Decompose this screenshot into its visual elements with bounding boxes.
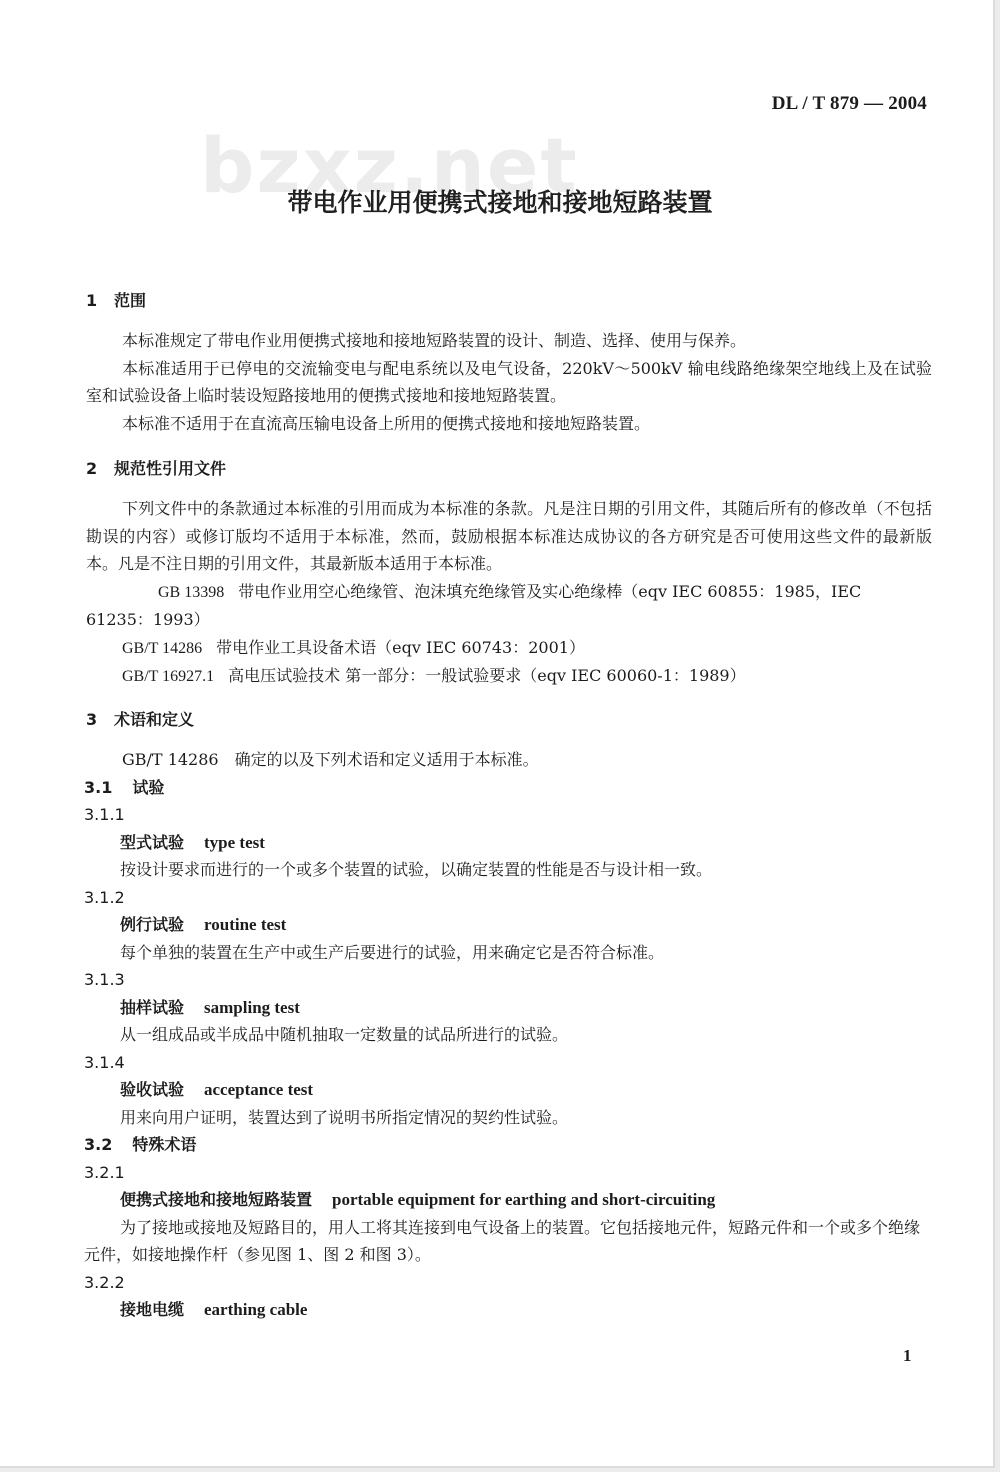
section-title: 术语和定义 [114,710,194,729]
section-number: 2 [86,455,114,483]
document-title: 带电作业用便携式接地和接地短路装置 [0,183,1000,219]
section-2: 2规范性引用文件 [86,455,932,483]
term-en: acceptance test [204,1080,313,1099]
section-title: 范围 [114,291,146,310]
subsection-number: 3.1 [84,778,112,797]
term-zh: 接地电缆 [120,1300,184,1319]
term-en: type test [204,833,265,852]
term: 例行试验routine test [84,911,930,939]
term-en: earthing cable [204,1300,307,1319]
reference-title: 高电压试验技术 第一部分：一般试验要求（eqv IEC 60060-1：1989… [228,666,745,685]
term-en: routine test [204,915,286,934]
section-1: 1范围 [86,287,932,315]
term-zh: 验收试验 [120,1080,184,1099]
term: 抽样试验sampling test [84,994,930,1022]
term-definition: 每个单独的装置在生产中或生产后要进行的试验，用来确定它是否符合标准。 [84,939,930,967]
term: 验收试验acceptance test [84,1076,930,1104]
reference-item: GB/T 16927.1高电压试验技术 第一部分：一般试验要求（eqv IEC … [86,662,932,691]
term-definition: 按设计要求而进行的一个或多个装置的试验，以确定装置的性能是否与设计相一致。 [84,856,930,884]
term-zh: 抽样试验 [120,998,184,1017]
section-number: 3 [86,706,114,734]
section-1-body: 本标准规定了带电作业用便携式接地和接地短路装置的设计、制造、选择、使用与保养。 … [86,327,932,437]
term-zh: 例行试验 [120,915,184,934]
term-number: 3.2.2 [84,1269,930,1297]
term-zh: 便携式接地和接地短路装置 [120,1190,312,1209]
term-number: 3.1.1 [84,801,930,829]
subsection-title: 特殊术语 [132,1135,196,1154]
term-number: 3.1.4 [84,1049,930,1077]
paragraph: 本标准规定了带电作业用便携式接地和接地短路装置的设计、制造、选择、使用与保养。 [86,327,932,355]
term-number: 3.2.1 [84,1159,930,1187]
subsection-number: 3.2 [84,1135,112,1154]
term-number: 3.1.2 [84,884,930,912]
term-definition: 用来向用户证明，装置达到了说明书所指定情况的契约性试验。 [84,1104,930,1132]
section-3: 3术语和定义 [86,706,932,734]
term: 接地电缆earthing cable [84,1296,930,1324]
term: 型式试验type test [84,829,930,857]
subsection-title: 试验 [132,778,164,797]
paragraph: 下列文件中的条款通过本标准的引用而成为本标准的条款。凡是注日期的引用文件，其随后… [86,495,932,578]
section-heading: 1范围 [86,287,932,315]
reference-item: GB 13398带电作业用空心绝缘管、泡沫填充绝缘管及实心绝缘棒（eqv IEC… [86,578,932,634]
term-definition: 为了接地或接地及短路目的，用人工将其连接到电气设备上的装置。它包括接地元件，短路… [84,1214,930,1269]
document-page: DL / T 879 — 2004 bzxz.net 带电作业用便携式接地和接地… [0,0,995,1468]
reference-title: 带电作业工具设备术语（eqv IEC 60743：2001） [216,638,585,657]
term: 便携式接地和接地短路装置portable equipment for earth… [84,1186,930,1214]
section-heading: 3术语和定义 [86,706,932,734]
reference-code: GB/T 14286 [122,635,202,663]
subsection-heading: 3.2特殊术语 [84,1131,930,1159]
subsection-heading: 3.1试验 [84,774,930,802]
term-number: 3.1.3 [84,966,930,994]
section-3-body: GB/T 14286 确定的以及下列术语和定义适用于本标准。 3.1试验 3.1… [84,746,930,1324]
term-en: portable equipment for earthing and shor… [332,1190,715,1209]
term-zh: 型式试验 [120,833,184,852]
section-number: 1 [86,287,114,315]
section-title: 规范性引用文件 [114,459,226,478]
paragraph: GB/T 14286 确定的以及下列术语和定义适用于本标准。 [84,746,930,774]
paragraph: 本标准不适用于在直流高压输电设备上所用的便携式接地和接地短路装置。 [86,410,932,438]
reference-code: GB/T 16927.1 [122,663,214,691]
term-en: sampling test [204,998,300,1017]
section-2-body: 下列文件中的条款通过本标准的引用而成为本标准的条款。凡是注日期的引用文件，其随后… [86,495,932,691]
section-heading: 2规范性引用文件 [86,455,932,483]
reference-code: GB 13398 [122,579,224,607]
term-definition: 从一组成品或半成品中随机抽取一定数量的试品所进行的试验。 [84,1021,930,1049]
standard-code: DL / T 879 — 2004 [772,93,927,115]
paragraph: 本标准适用于已停电的交流输变电与配电系统以及电气设备，220kV～500kV 输… [86,355,932,410]
reference-item: GB/T 14286带电作业工具设备术语（eqv IEC 60743：2001） [86,634,932,663]
page-number: 1 [903,1346,912,1366]
